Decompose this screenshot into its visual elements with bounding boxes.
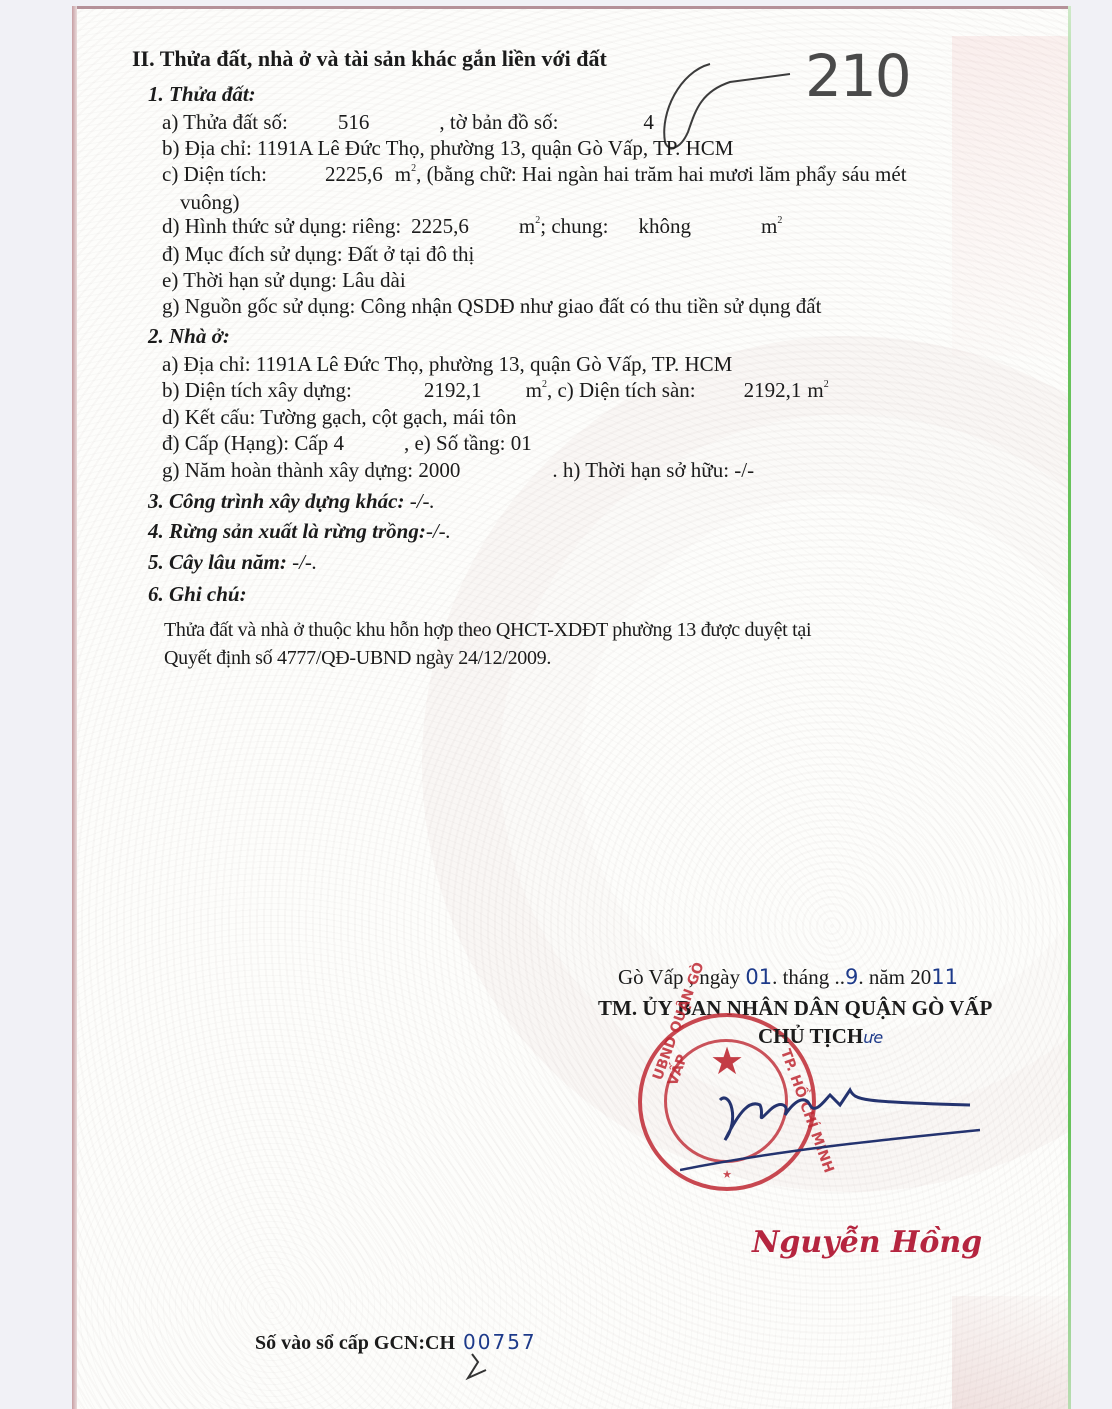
land-purpose: đ) Mục đích sử dụng: Đất ở tại đô thị [162, 244, 474, 265]
handwritten-number: 210 [805, 42, 910, 110]
handwritten-mark [464, 1352, 494, 1392]
area-value: 2225,6 [325, 162, 383, 186]
other-item: 3. Công trình xây dựng khác: -/-. [148, 491, 435, 512]
floor-area: 2192,1 [744, 378, 802, 402]
other-item: 5. Cây lâu năm: -/-. [148, 552, 317, 573]
map-sheet-number: 4 [643, 110, 654, 134]
issuing-authority: TM. ỦY BAN NHÂN DÂN QUẬN GÒ VẤP [598, 998, 992, 1019]
registry-number: Số vào sổ cấp GCN:CH00757 [255, 1332, 537, 1353]
note-line: Quyết định số 4777/QĐ-UBND ngày 24/12/20… [164, 648, 551, 668]
land-area-row: c) Diện tích:2225,6m2, (bằng chữ: Hai ng… [162, 164, 907, 185]
handwritten-month: 9 [845, 965, 858, 989]
background [1071, 0, 1112, 1409]
area-words-cont: vuông) [180, 192, 240, 213]
area-words: , (bằng chữ: Hai ngàn hai trăm hai mươi … [416, 162, 907, 186]
house-structure: d) Kết cấu: Tường gạch, cột gạch, mái tô… [162, 407, 517, 428]
parcel-label: a) Thửa đất số: [162, 110, 288, 134]
map-sheet-label: , tờ bản đồ số: [439, 110, 558, 134]
signature [680, 1060, 980, 1180]
house-address: a) Địa chỉ: 1191A Lê Đức Thọ, phường 13,… [162, 354, 732, 375]
area-label: c) Diện tích: [162, 162, 267, 186]
section-title: II. Thửa đất, nhà ở và tài sản khác gắn … [132, 48, 607, 70]
land-term: e) Thời hạn sử dụng: Lâu dài [162, 270, 406, 291]
handwritten-year: 11 [931, 965, 958, 989]
signer-title: CHỦ TỊCHưe [758, 1026, 883, 1047]
land-heading: 1. Thửa đất: [148, 84, 256, 105]
other-item: 4. Rừng sản xuất là rừng trồng:-/-. [148, 521, 451, 542]
signer-name: Nguyễn Hồng [752, 1225, 982, 1260]
handwritten-registry-number: 00757 [463, 1330, 537, 1354]
house-heading: 2. Nhà ở: [148, 326, 230, 347]
notes-heading: 6. Ghi chú: [148, 584, 247, 605]
handwritten-day: 01 [745, 965, 772, 989]
page-edge [72, 6, 1072, 9]
house-completed-row: g) Năm hoàn thành xây dựng: 2000. h) Thờ… [162, 460, 754, 481]
parcel-number: 516 [338, 110, 370, 134]
usage-form-row: d) Hình thức sử dụng: riêng:2225,6m2; ch… [162, 216, 782, 237]
build-area: 2192,1 [424, 378, 482, 402]
land-address: b) Địa chỉ: 1191A Lê Đức Thọ, phường 13,… [162, 138, 733, 159]
usage-private: 2225,6 [411, 214, 469, 238]
land-origin: g) Nguồn gốc sử dụng: Công nhận QSDĐ như… [162, 296, 821, 317]
house-grade-row: đ) Cấp (Hạng): Cấp 4, e) Số tầng: 01 [162, 433, 532, 454]
note-line: Thửa đất và nhà ở thuộc khu hỗn hợp theo… [164, 620, 811, 640]
house-area-row: b) Diện tích xây dựng:2192,1m2, c) Diện … [162, 380, 829, 401]
usage-shared: không [639, 214, 692, 238]
page-edge [72, 6, 77, 1409]
land-parcel-row: a) Thửa đất số:516, tờ bản đồ số:4 [162, 112, 654, 133]
place-date: Gò Vấp , ngày 01. tháng ..9. năm 2011 [618, 967, 958, 988]
